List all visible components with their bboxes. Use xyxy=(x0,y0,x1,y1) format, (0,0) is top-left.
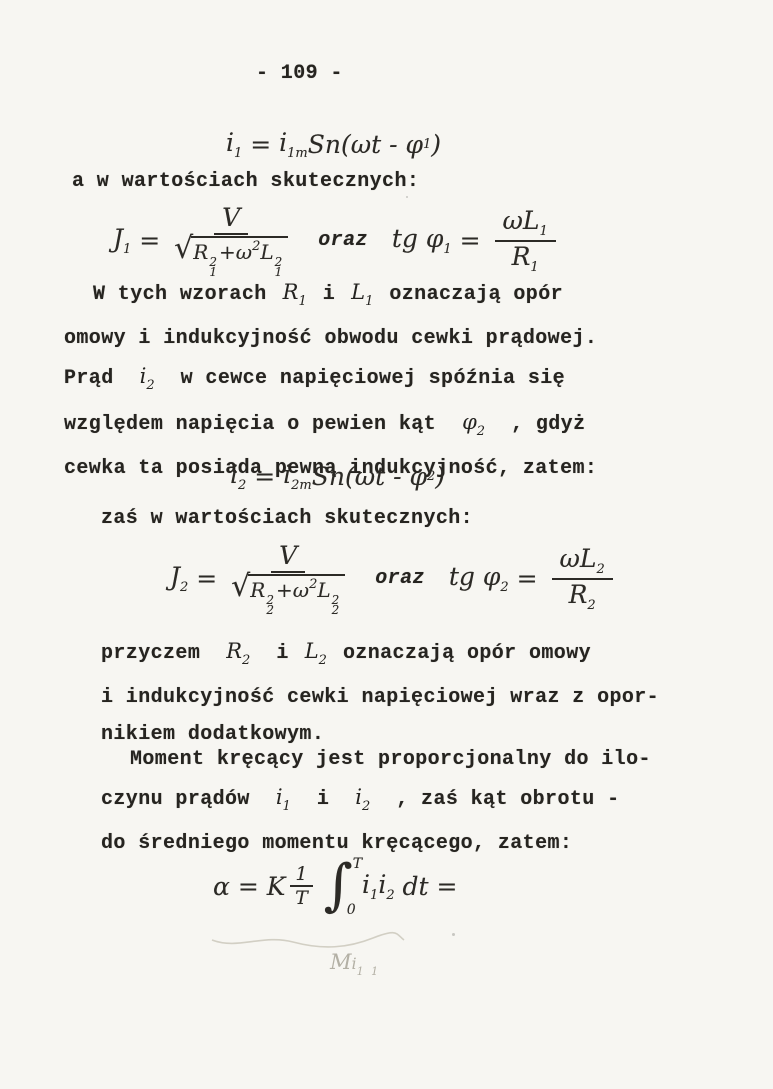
math-token: R xyxy=(569,580,588,609)
equals-sign: = xyxy=(230,872,267,901)
equals-sign: = xyxy=(131,226,168,255)
text-run: , gdyż xyxy=(511,413,585,436)
document-page: - 109 - i1 = i1m Sn(ωt - φ 1 ) a w warto… xyxy=(0,0,773,1089)
i1m-symbol: i1m xyxy=(279,128,308,161)
L1-inline: L1 xyxy=(351,280,373,304)
formula-i2: i2 = i2m Sn(ωt - φ 2 ) xyxy=(230,460,445,493)
math-token: L xyxy=(260,240,273,264)
dt-token: dt xyxy=(395,872,429,901)
text-run: , zaś kąt obrotu - xyxy=(396,788,619,811)
text-run: i xyxy=(323,283,335,306)
text-run: Prąd xyxy=(64,367,114,390)
pencil-note-main: M xyxy=(330,950,352,974)
J2-symbol: J2 xyxy=(170,562,188,595)
math-token: R xyxy=(283,280,299,304)
page-number: - 109 - xyxy=(256,62,343,85)
math-token: ω xyxy=(503,206,523,235)
numerator-wL1: ωL1 xyxy=(495,206,556,242)
math-token: R xyxy=(512,242,531,271)
K-symbol: K xyxy=(267,872,286,901)
equals-sign: = xyxy=(509,564,546,593)
integral: ∫ T 0 xyxy=(324,858,361,914)
sine-expression: Sn(ωt - φ xyxy=(308,130,423,159)
supsub: 22 xyxy=(332,595,340,615)
pencil-note: Mi1 1 xyxy=(330,950,380,978)
numerator-1: 1 xyxy=(290,863,312,887)
text-run: i indukcyjność cewki napięciowej wraz z … xyxy=(101,686,659,709)
math-token: R xyxy=(226,639,242,663)
math-token: L xyxy=(523,206,540,235)
R2-inline: R2 xyxy=(226,639,250,663)
plus-sign: + xyxy=(219,240,236,264)
fraction-1-over-T: 1 T xyxy=(290,863,312,909)
L2-inline: L2 xyxy=(305,639,327,663)
tg-phi2: tg φ2 xyxy=(449,562,509,595)
radicand: R22+ω2L22 xyxy=(248,574,345,615)
math-token: J xyxy=(113,224,123,253)
closing-paren: ) xyxy=(435,462,445,491)
math-token: i xyxy=(230,460,238,489)
math-token: J xyxy=(170,562,180,591)
R1-inline: R1 xyxy=(283,280,307,304)
math-subscript: 2 xyxy=(587,598,595,613)
text-run: W tych wzorach xyxy=(93,283,267,306)
sine-expression: Sn(ωt - φ xyxy=(312,462,427,491)
math-subscript: 1 xyxy=(298,294,306,309)
math-subscript: 2 xyxy=(332,605,340,615)
text-run: czynu prądów xyxy=(101,788,250,811)
fraction-tg1: ωL1 R1 xyxy=(495,206,556,275)
equals-sign: = xyxy=(188,564,225,593)
J1-symbol: J1 xyxy=(113,224,131,257)
phi2-inline: φ2 xyxy=(462,410,485,434)
math-subscript: 1 xyxy=(443,242,451,257)
numerator-wL2: ωL2 xyxy=(552,544,613,580)
math-token: L xyxy=(317,578,330,602)
math-token: L xyxy=(580,544,597,573)
paragraph-line: względem napięcia o pewien kątφ2, gdyż xyxy=(64,404,704,451)
math-subscript: 2 xyxy=(238,478,246,493)
text-run: przyczem xyxy=(101,642,200,665)
i2-inline: i2 xyxy=(355,785,370,809)
i2-factor: i2 xyxy=(378,870,394,903)
closing-paren: ) xyxy=(431,130,441,159)
i1-factor: i1 xyxy=(362,870,378,903)
math-token: ω xyxy=(293,578,309,602)
text-run: Moment kręcący jest proporcjonalny do il… xyxy=(130,748,651,771)
math-subscript: 2 xyxy=(500,580,508,595)
formula-alpha-integral: α = K 1 T ∫ T 0 i1 i2 dt = xyxy=(213,858,458,914)
paragraph-line: W tych wzorachR1iL1oznaczają opór xyxy=(64,274,704,321)
math-token: tg φ xyxy=(392,224,444,253)
paragraph-line: czynu prądówi1ii2, zaś kąt obrotu - xyxy=(101,779,721,826)
math-token: i xyxy=(355,785,362,809)
math-subscript: 2 xyxy=(146,378,154,393)
math-subscript: 1 xyxy=(123,242,131,257)
math-token: tg φ xyxy=(449,562,501,591)
math-subscript: 1 xyxy=(365,294,373,309)
text-run: i xyxy=(317,788,329,811)
numerator-V: V xyxy=(214,203,248,235)
denominator-T: T xyxy=(295,887,308,909)
upper-limit: T xyxy=(353,856,362,872)
math-token: L xyxy=(351,280,365,304)
oraz-word: oraz xyxy=(375,567,425,590)
fraction-tg2: ωL2 R2 xyxy=(552,544,613,613)
paragraph-2: przyczemR2iL2oznaczają opór omowy i indu… xyxy=(101,633,721,753)
numerator-V: V xyxy=(271,541,305,573)
paper-speck xyxy=(452,933,455,936)
paper-speck xyxy=(406,196,408,198)
alpha-symbol: α xyxy=(213,872,230,901)
paragraph-line: Moment kręcący jest proporcjonalny do il… xyxy=(101,742,721,779)
equals-sign: = xyxy=(246,462,283,491)
paragraph-line: do średniego momentu kręcącego, zatem: xyxy=(101,826,721,863)
oraz-word: oraz xyxy=(318,229,368,252)
math-subscript: 1 xyxy=(283,799,291,814)
math-token: φ xyxy=(462,410,477,434)
text-run: oznaczają opór omowy xyxy=(343,642,591,665)
math-subscript: 1 xyxy=(370,888,378,903)
math-token: ω xyxy=(236,240,252,264)
math-token: L xyxy=(305,639,319,663)
math-token: R xyxy=(250,578,265,602)
denominator-root: √ R22+ω2L22 xyxy=(231,573,345,615)
text-run: w cewce napięciowej spóźnia się xyxy=(181,367,565,390)
i1-symbol: i1 xyxy=(226,128,242,161)
math-subscript: 1 xyxy=(530,260,538,275)
pencil-note-sub: 1 1 xyxy=(357,965,381,978)
math-subscript: 1m xyxy=(287,146,308,161)
math-subscript: 2 xyxy=(386,888,394,903)
paragraph-line: Prądi2w cewce napięciowej spóźnia się xyxy=(64,358,704,405)
formula-J1: J1 = V √ R21+ω2L21 oraz tg φ1 = ωL1 R1 xyxy=(113,203,562,277)
formula-J2: J2 = V √ R22+ω2L22 oraz tg φ2 = ωL2 R2 xyxy=(170,541,619,615)
denominator-R1: R1 xyxy=(512,242,539,275)
math-token: i xyxy=(279,128,287,157)
math-subscript: 2m xyxy=(291,478,312,493)
paragraph-1: W tych wzorachR1iL1oznaczają opór omowy … xyxy=(64,274,704,488)
denominator-R2: R2 xyxy=(569,580,596,613)
i1-inline: i1 xyxy=(276,785,291,809)
math-subscript: 2 xyxy=(319,653,327,668)
math-subscript: 2 xyxy=(477,424,485,439)
text-run: omowy i indukcyjność obwodu cewki prądow… xyxy=(64,327,597,350)
math-subscript: 2 xyxy=(266,605,274,615)
math-subscript: 2 xyxy=(362,799,370,814)
math-subscript: 1 xyxy=(540,224,548,239)
intro-line: a w wartościach skutecznych: xyxy=(72,170,419,193)
math-token: i xyxy=(226,128,234,157)
radicand: R21+ω2L21 xyxy=(191,236,288,277)
denominator-root: √ R21+ω2L21 xyxy=(174,235,288,277)
paragraph-line: przyczemR2iL2oznaczają opór omowy xyxy=(101,633,721,680)
i2-inline: i2 xyxy=(140,364,155,388)
text-run: i xyxy=(276,642,288,665)
equals-sign: = xyxy=(429,872,458,901)
math-subscript: 2 xyxy=(180,580,188,595)
integral-limits: T 0 xyxy=(351,858,360,914)
tg-phi1: tg φ1 xyxy=(392,224,452,257)
text-run: do średniego momentu kręcącego, zatem: xyxy=(101,832,572,855)
math-token: i xyxy=(276,785,283,809)
math-token: i xyxy=(283,460,291,489)
zas-line: zaś w wartościach skutecznych: xyxy=(101,507,473,530)
fraction-J2: V √ R22+ω2L22 xyxy=(231,541,345,615)
equals-sign: = xyxy=(242,130,279,159)
paragraph-3: Moment kręcący jest proporcjonalny do il… xyxy=(101,742,721,862)
text-run: oznaczają opór xyxy=(389,283,563,306)
text-run: względem napięcia o pewien kąt xyxy=(64,413,436,436)
paragraph-line: i indukcyjność cewki napięciowej wraz z … xyxy=(101,680,721,717)
math-token: ω xyxy=(560,544,580,573)
i2-symbol: i2 xyxy=(230,460,246,493)
math-token: R xyxy=(193,240,208,264)
plus-sign: + xyxy=(276,578,293,602)
i2m-symbol: i2m xyxy=(283,460,312,493)
supsub: 22 xyxy=(266,595,274,615)
math-subscript: 2 xyxy=(597,562,605,577)
equals-sign: = xyxy=(452,226,489,255)
math-token: i xyxy=(362,870,370,899)
paragraph-line: omowy i indukcyjność obwodu cewki prądow… xyxy=(64,321,704,358)
math-subscript: 1 xyxy=(234,146,242,161)
fraction-J1: V √ R21+ω2L21 xyxy=(174,203,288,277)
paper-speck xyxy=(640,757,642,759)
lower-limit: 0 xyxy=(347,902,356,918)
math-subscript: 2 xyxy=(242,653,250,668)
paper-speck xyxy=(325,179,328,182)
formula-i1: i1 = i1m Sn(ωt - φ 1 ) xyxy=(226,128,441,161)
